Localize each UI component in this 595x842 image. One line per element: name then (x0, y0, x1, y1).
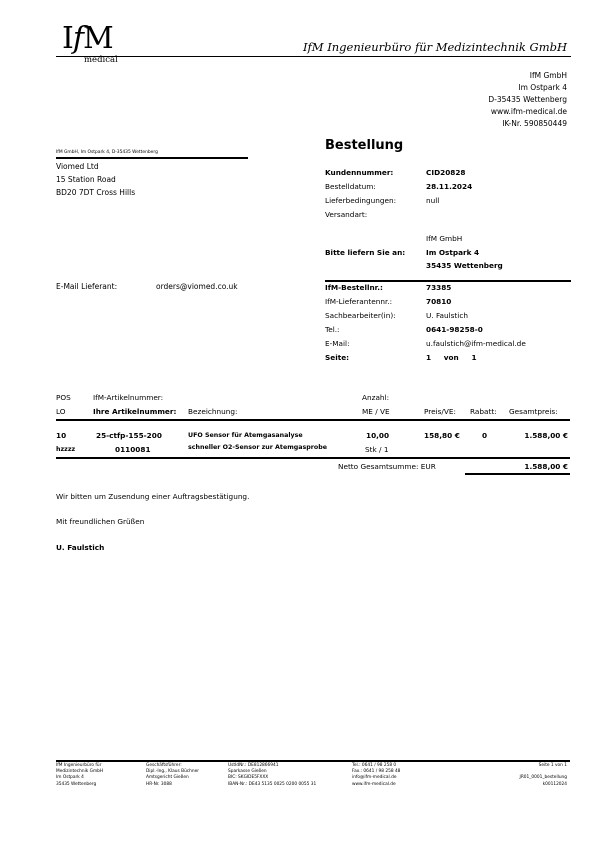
footer-document-code: k00112024 (520, 782, 567, 788)
document-title: Bestellung (325, 138, 403, 153)
table-header-rule (56, 419, 570, 421)
footer-bank: UstIdNr.: DE812866941 Sparkasse Gießen B… (228, 763, 316, 788)
confirmation-request: Wir bitten um Zusendung einer Auftragsbe… (56, 491, 249, 503)
row-discount: 0 (482, 429, 487, 443)
deliver-to-label: Bitte liefern Sie an: (325, 246, 405, 261)
table-row-rule (56, 457, 570, 459)
net-total-rule (465, 473, 570, 475)
supplier-email-label: E-Mail Lieferant: (56, 282, 117, 291)
field-label-delivery-terms: Lieferbedingungen: (325, 194, 396, 209)
col-header-unit: ME / VE (362, 405, 390, 419)
field-value-customer-number: CID20828 (426, 166, 466, 181)
company-name: IfM Ingenieurbüro für Medizintechnik Gmb… (303, 40, 567, 54)
recipient-line: 15 Station Road (56, 173, 135, 186)
sender-website: www.ifm-medical.de (488, 106, 567, 118)
col-header-your-article: Ihre Artikelnummer: (93, 405, 176, 419)
field-value-delivery-terms: null (426, 194, 439, 209)
footer-management: Geschäftsführer: Dipl.-Ing., Klaus Büchn… (146, 763, 199, 788)
col-header-ifm-article: IfM-Artikelnummer: (93, 391, 163, 405)
row-unit: Stk / 1 (365, 443, 388, 457)
supplier-email-value[interactable]: orders@viomed.co.uk (156, 282, 238, 291)
row-lo: hzzzz (56, 443, 75, 457)
info-value-phone: 0641-98258-0 (426, 323, 483, 338)
info-value-email[interactable]: u.faulstich@ifm-medical.de (426, 337, 526, 352)
deliver-to-line: IfM GmbH (426, 232, 462, 247)
row-ifm-article: 25-ctfp-155-200 (96, 429, 162, 443)
info-label-clerk: Sachbearbeiter(in): (325, 309, 396, 324)
row-total: 1.588,00 € (524, 429, 568, 443)
field-label-order-date: Bestelldatum: (325, 180, 376, 195)
info-value-clerk: U. Faulstich (426, 309, 468, 324)
return-address: IfM GmbH, Im Ostpark 4, D-35435 Wettenbe… (56, 150, 158, 156)
col-header-discount: Rabatt: (470, 405, 497, 419)
info-label-page: Seite: (325, 351, 349, 366)
recipient-line: BD20 7DT Cross Hills (56, 186, 135, 199)
col-header-pos: POS (56, 391, 71, 405)
field-label-customer-number: Kundennummer: (325, 166, 393, 181)
field-label-shipping: Versandart: (325, 208, 367, 223)
footer-line: 35435 Wettenberg (56, 782, 103, 788)
info-value-supplier-number: 70810 (426, 295, 451, 310)
deliver-to-line: 35435 Wettenberg (426, 259, 503, 274)
footer-rule (56, 760, 570, 762)
row-price: 158,80 € (424, 429, 460, 443)
row-your-article: 0110081 (115, 443, 151, 457)
col-header-quantity: Anzahl: (362, 391, 389, 405)
row-pos: 10 (56, 429, 66, 443)
sender-ik-number: IK-Nr. 590850449 (488, 118, 567, 130)
greeting: Mit freundlichen Grüßen (56, 516, 144, 528)
sender-line: D-35435 Wettenberg (488, 94, 567, 106)
footer-line: www.ifm-medical.de (352, 782, 400, 788)
footer-document-id: JR01_0001_bestellung (520, 775, 567, 781)
recipient-line: Viomed Ltd (56, 160, 135, 173)
info-label-phone: Tel.: (325, 323, 340, 338)
footer-company: IfM Ingenieurbüro für Medizintechnik Gmb… (56, 763, 103, 788)
info-label-email: E-Mail: (325, 337, 350, 352)
logo-main-text: IfM (62, 22, 113, 56)
footer-page-info: Seite 1 von 1 JR01_0001_bestellung k0011… (520, 763, 567, 788)
footer-line: info@ifm-medical.de (352, 775, 400, 781)
col-header-description: Bezeichnung: (188, 405, 237, 419)
footer-line: IBAN-Nr.: DE43 5135 0025 0200 0055 31 (228, 782, 316, 788)
info-value-ifm-order: 73385 (426, 281, 451, 296)
header-rule (56, 56, 571, 57)
footer-contact: Tel.: 0641 / 98 258 0 Fax.: 0641 / 98 25… (352, 763, 400, 788)
info-value-page: 1 von 1 (426, 351, 477, 366)
col-header-price: Preis/VE: (424, 405, 456, 419)
signature: U. Faulstich (56, 542, 104, 554)
recipient-rule (56, 157, 248, 159)
col-header-total: Gesamtpreis: (509, 405, 558, 419)
sender-line: Im Ostpark 4 (488, 82, 567, 94)
info-label-supplier-number: IfM-Lieferantennr.: (325, 295, 392, 310)
net-total-label: Netto Gesamtsumme: EUR (338, 460, 436, 474)
company-logo: IfM medical (56, 22, 126, 68)
info-label-ifm-order: IfM-Bestellnr.: (325, 281, 383, 296)
sender-address: IfM GmbH Im Ostpark 4 D-35435 Wettenberg… (488, 70, 567, 130)
footer-line: HR-Nr. 3088 (146, 782, 199, 788)
field-value-order-date: 28.11.2024 (426, 180, 472, 195)
sender-line: IfM GmbH (488, 70, 567, 82)
row-description-2: schneller O2-Sensor zur Atemgasprobe (188, 441, 327, 455)
net-total-value: 1.588,00 € (524, 460, 568, 474)
col-header-lo: LO (56, 405, 66, 419)
recipient-address: Viomed Ltd 15 Station Road BD20 7DT Cros… (56, 160, 135, 199)
row-quantity: 10,00 (366, 429, 389, 443)
